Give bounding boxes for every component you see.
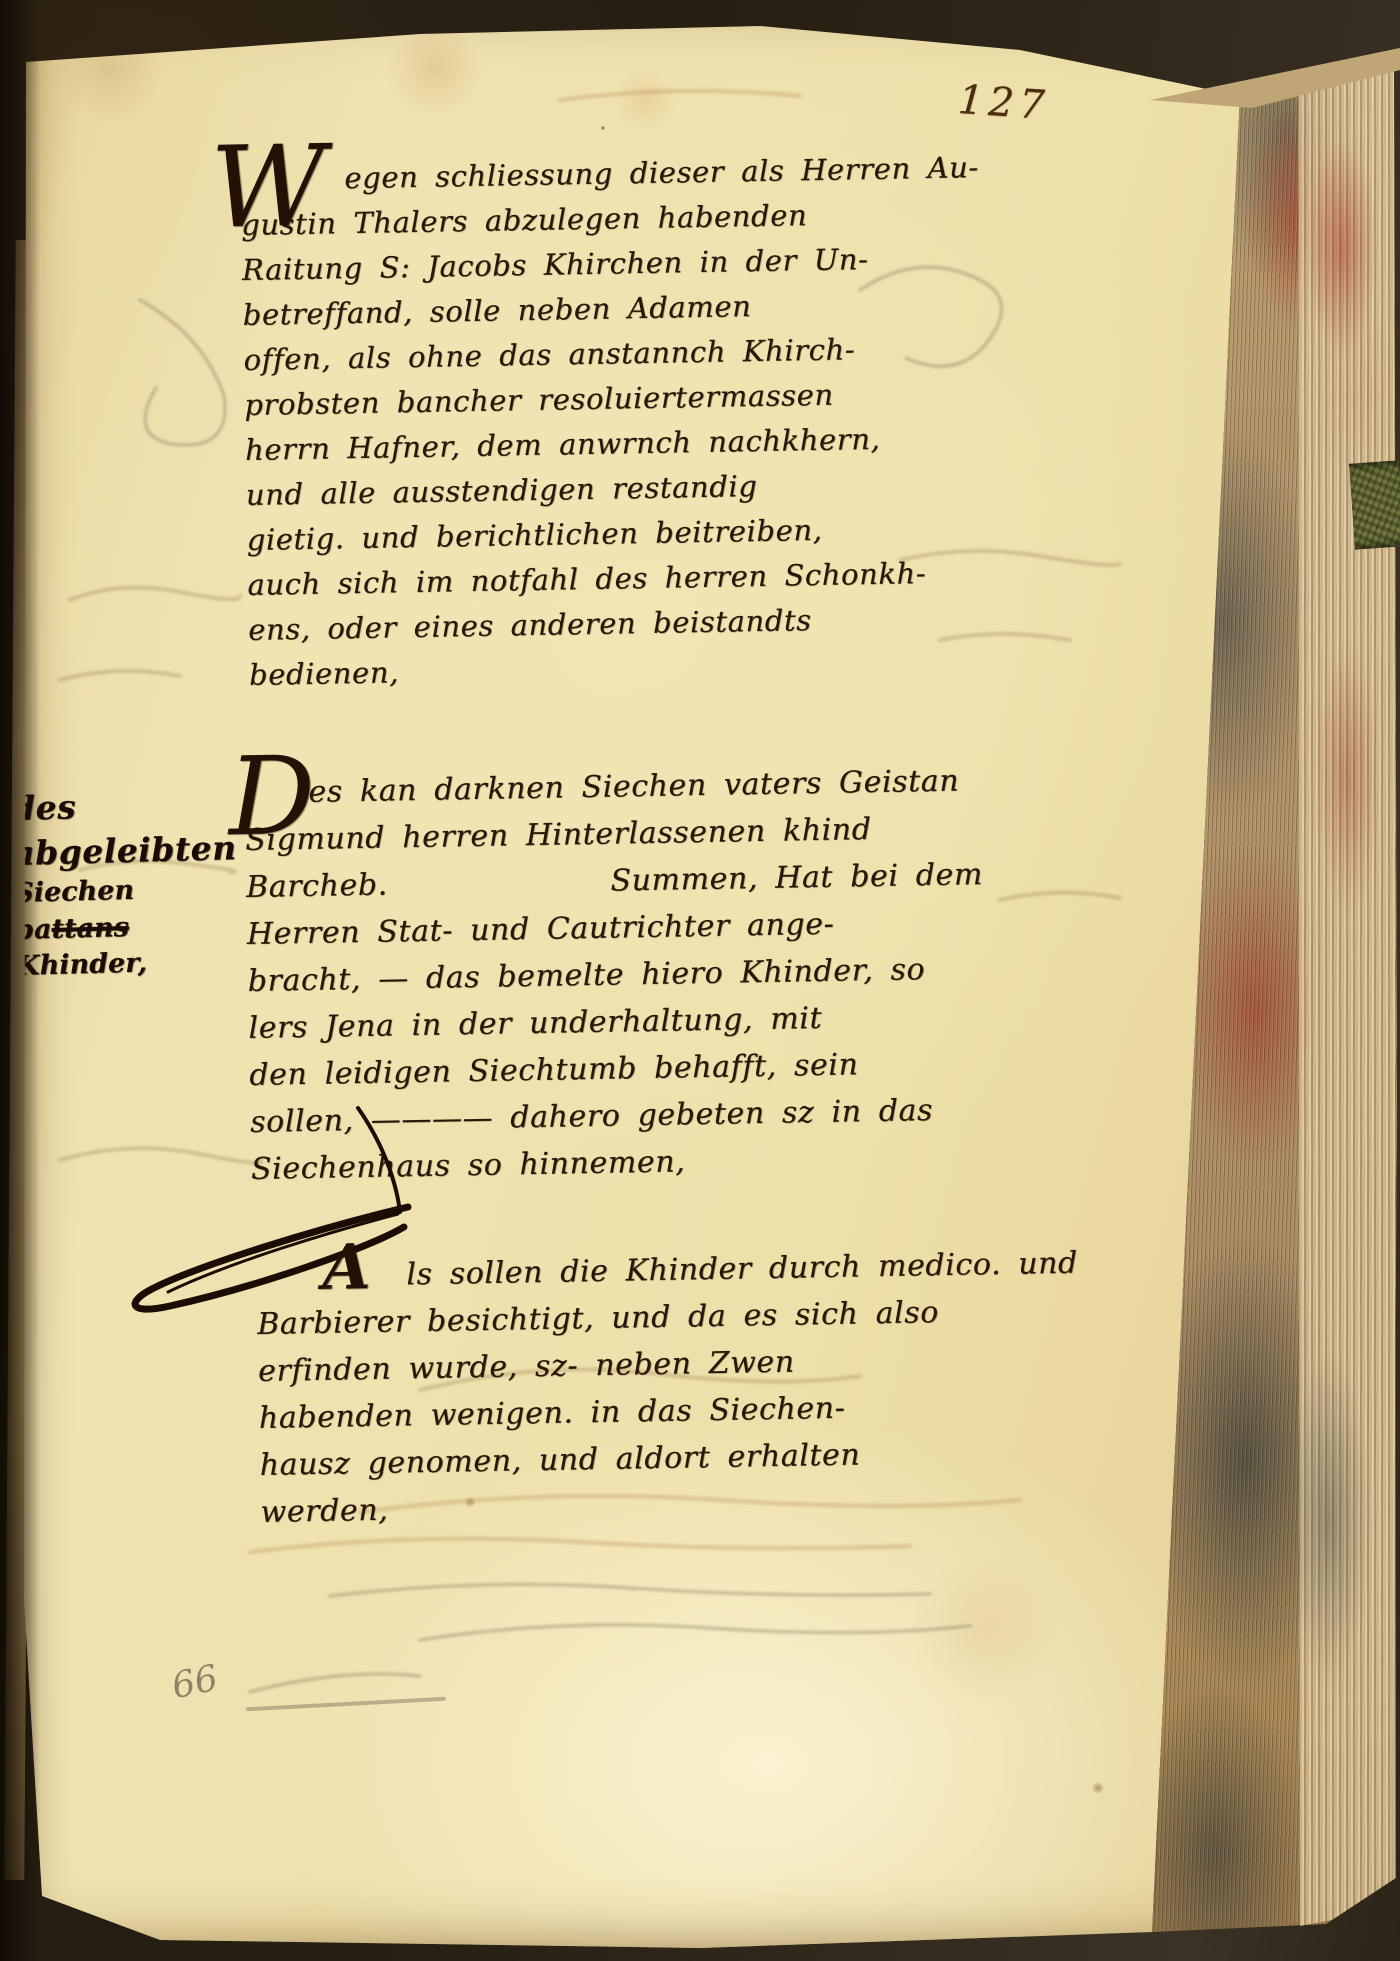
manuscript-photo: 127 W egen schliessung dieser als Herren…	[0, 0, 1400, 1961]
gutter-shadow	[0, 0, 40, 1961]
paragraph-3: A ls sollen die Khinder durch medico. un…	[256, 1238, 1161, 1536]
paragraph-3-initial: A	[322, 1236, 372, 1299]
binding-strap	[1349, 460, 1400, 549]
